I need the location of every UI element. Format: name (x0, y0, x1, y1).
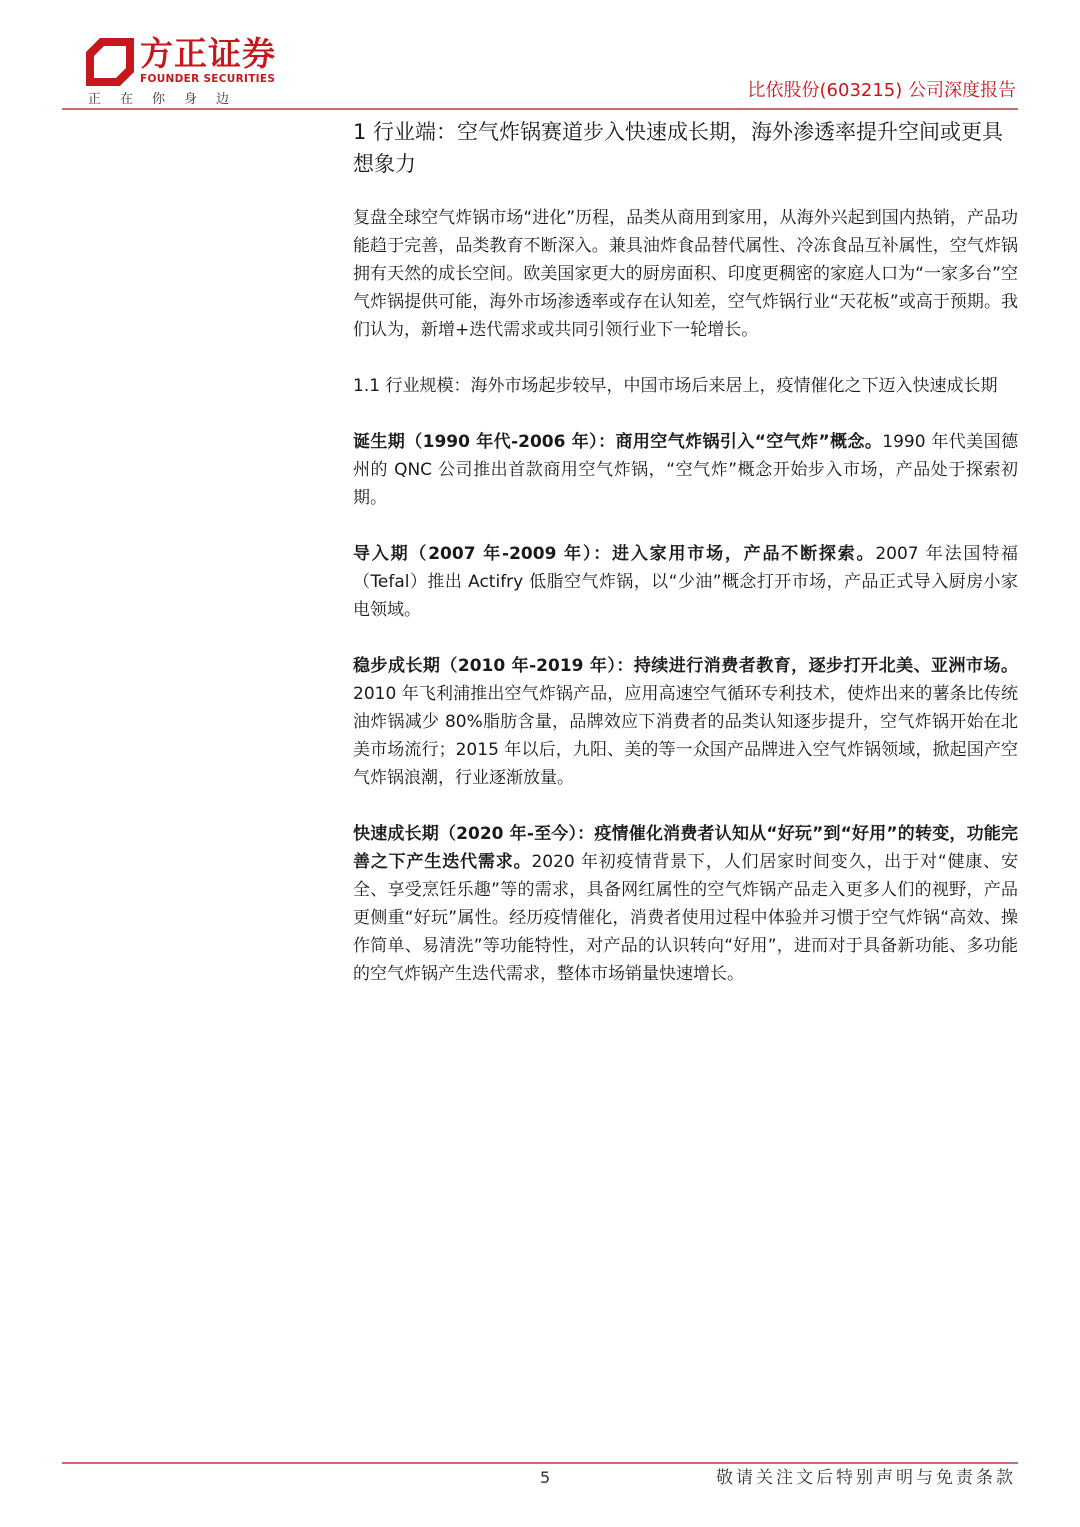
period-paragraph: 稳步成长期（2010 年-2019 年）：持续进行消费者教育，逐步打开北美、亚洲… (353, 652, 1018, 792)
brand-slogan: 正在你身边 (88, 92, 248, 108)
period-lead: 诞生期（1990 年代-2006 年）：商用空气炸锅引入“空气炸”概念。 (353, 432, 882, 452)
period-paragraph: 快速成长期（2020 年-至今）：疫情催化消费者认知从“好玩”到“好用”的转变，… (353, 820, 1018, 988)
intro-paragraph: 复盘全球空气炸锅市场“进化”历程，品类从商用到家用，从海外兴起到国内热销，产品功… (353, 204, 1018, 344)
subsection-title: 1.1 行业规模：海外市场起步较早，中国市场后来居上，疫情催化之下迈入快速成长期 (353, 372, 1018, 400)
disclaimer-notice: 敬请关注文后特别声明与免责条款 (716, 1466, 1016, 1490)
brand-name-cn: 方正证券 (140, 36, 276, 72)
brand-name-en: FOUNDER SECURITIES (140, 73, 275, 85)
period-lead: 导入期（2007 年-2009 年）：进入家用市场，产品不断探索。 (353, 544, 875, 564)
founder-logo-icon (86, 38, 134, 86)
section-title: 1 行业端：空气炸锅赛道步入快速成长期，海外渗透率提升空间或更具想象力 (353, 116, 1018, 180)
footer-divider (62, 1462, 1018, 1464)
page-number: 5 (540, 1466, 550, 1490)
period-paragraph: 导入期（2007 年-2009 年）：进入家用市场，产品不断探索。2007 年法… (353, 540, 1018, 624)
period-paragraph: 诞生期（1990 年代-2006 年）：商用空气炸锅引入“空气炸”概念。1990… (353, 428, 1018, 512)
header-divider (62, 108, 1018, 110)
period-body: 2010 年飞利浦推出空气炸锅产品，应用高速空气循环专利技术，使炸出来的薯条比传… (353, 684, 1018, 788)
main-content: 1 行业端：空气炸锅赛道步入快速成长期，海外渗透率提升空间或更具想象力 复盘全球… (353, 116, 1018, 1016)
report-title: 比依股份(603215) 公司深度报告 (748, 80, 1016, 102)
period-lead: 稳步成长期（2010 年-2019 年）：持续进行消费者教育，逐步打开北美、亚洲… (353, 656, 1018, 676)
